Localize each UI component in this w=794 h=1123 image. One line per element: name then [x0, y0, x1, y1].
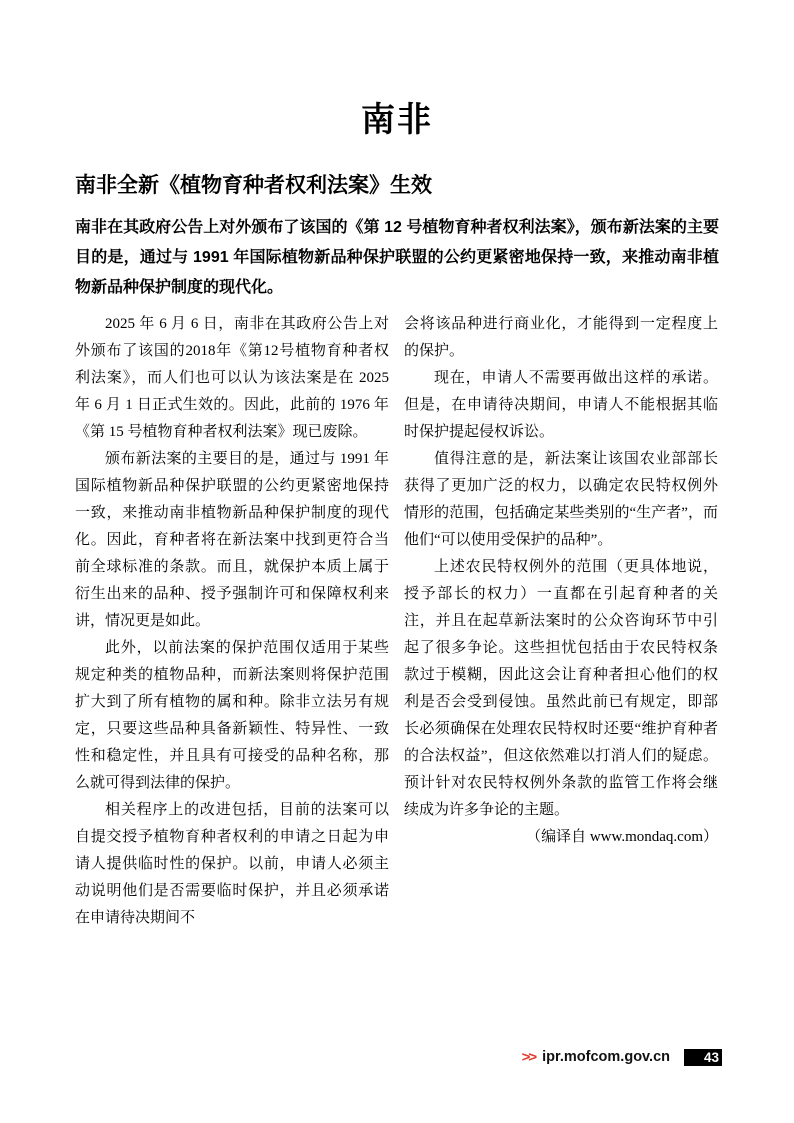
paragraph: 2025 年 6 月 6 日，南非在其政府公告上对外颁布了该国的2018年《第1… — [75, 311, 389, 446]
document-page: 南非 南非全新《植物育种者权利法案》生效 南非在其政府公告上对外颁布了该国的《第… — [0, 0, 794, 1123]
double-chevron-right-icon: >> — [522, 1049, 536, 1064]
country-title: 南非 — [0, 0, 794, 140]
paragraph: 相关程序上的改进包括，目前的法案可以自提交授予植物育种者权利的申请之日起为申请人… — [75, 797, 389, 932]
paragraph: 此外，以前法案的保护范围仅适用于某些规定种类的植物品种，而新法案则将保护范围扩大… — [75, 635, 389, 797]
right-column: 会将该品种进行商业化，才能得到一定程度上的保护。 现在，申请人不需要再做出这样的… — [404, 311, 718, 932]
page-number-badge: 43 — [684, 1049, 722, 1066]
paragraph: 值得注意的是，新法案让该国农业部部长获得了更加广泛的权力，以确定农民特权例外情形… — [404, 446, 718, 554]
paragraph-continuation: 会将该品种进行商业化，才能得到一定程度上的保护。 — [404, 311, 718, 365]
paragraph: 颁布新法案的主要目的是，通过与 1991 年国际植物新品种保护联盟的公约更紧密地… — [75, 446, 389, 635]
paragraph: 上述农民特权例外的范围（更具体地说，授予部长的权力）一直都在引起育种者的关注，并… — [404, 554, 718, 824]
footer-site-url: ipr.mofcom.gov.cn — [542, 1049, 670, 1065]
footer-content: >> ipr.mofcom.gov.cn 43 — [522, 1047, 722, 1067]
source-attribution: （编译自 www.mondaq.com） — [404, 824, 718, 851]
page-footer: >> ipr.mofcom.gov.cn 43 — [0, 1047, 794, 1067]
article-headline: 南非全新《植物育种者权利法案》生效 — [75, 172, 719, 200]
article-body: 2025 年 6 月 6 日，南非在其政府公告上对外颁布了该国的2018年《第1… — [75, 311, 719, 932]
paragraph: 现在，申请人不需要再做出这样的承诺。但是，在申请待决期间，申请人不能根据其临时保… — [404, 365, 718, 446]
article-lead-paragraph: 南非在其政府公告上对外颁布了该国的《第 12 号植物育种者权利法案》，颁布新法案… — [75, 213, 719, 303]
left-column: 2025 年 6 月 6 日，南非在其政府公告上对外颁布了该国的2018年《第1… — [75, 311, 389, 932]
